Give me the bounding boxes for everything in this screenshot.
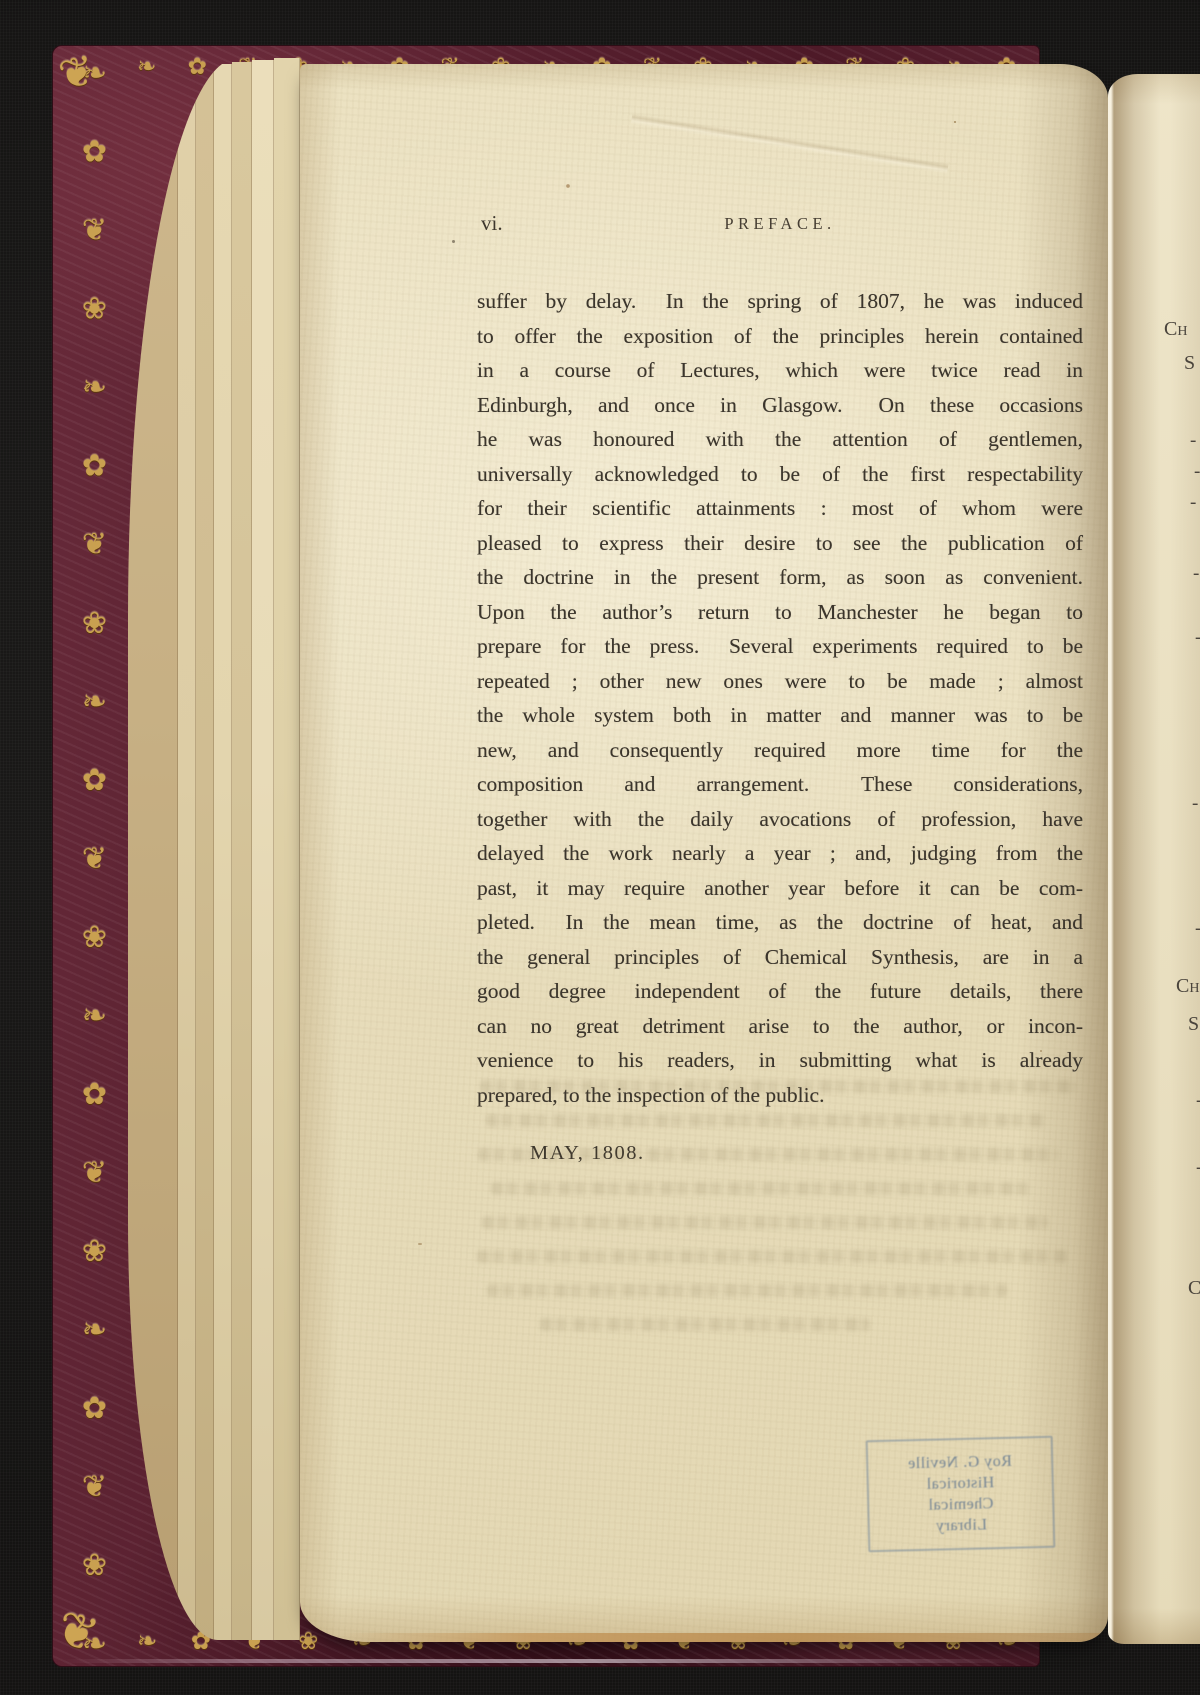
date-line: MAY, 1808.	[530, 1142, 645, 1165]
body-line: repeated ; other new ones were to be mad…	[477, 664, 1083, 699]
facing-page-text-fragment: S	[1188, 1013, 1199, 1036]
facing-page-text-fragment: -	[1190, 430, 1196, 452]
facing-page-text-fragment: Ch	[1176, 975, 1199, 998]
page-crease	[623, 64, 958, 226]
bleedthrough-smudge	[477, 1250, 1067, 1263]
body-line: can no great detriment arise to the auth…	[477, 1009, 1083, 1044]
body-line: for their scientific attainments : most …	[477, 491, 1083, 526]
body-line: Upon the author’s return to Manchester h…	[477, 595, 1083, 630]
gold-corner-flourish-icon	[54, 45, 99, 100]
facing-page-text-fragment: -	[1192, 793, 1198, 815]
body-line: composition and arrangement. These consi…	[477, 767, 1083, 802]
facing-page-text-fragment: -	[1195, 627, 1200, 649]
body-line: past, it may require another year before…	[477, 871, 1083, 906]
body-line: delayed the work nearly a year ; and, ju…	[477, 836, 1083, 871]
gold-corner-flourish-icon	[49, 1599, 105, 1665]
library-stamp-bleedthrough: Roy G. Neville Historical Chemical Libra…	[866, 1436, 1056, 1553]
bleedthrough-smudge	[540, 1318, 870, 1331]
body-line: suffer by delay. In the spring of 1807, …	[477, 284, 1083, 319]
body-line: universally acknowledged to be of the fi…	[477, 457, 1083, 492]
body-line: prepared, to the inspection of the publi…	[477, 1078, 1083, 1113]
body-line: new, and consequently required more time…	[477, 733, 1083, 768]
facing-page-text-fragment: -	[1190, 492, 1196, 514]
bleedthrough-smudge	[486, 1114, 1046, 1127]
page-edge-strip	[196, 67, 214, 1640]
preface-page: vi. PREFACE. suffer by delay. In the spr…	[300, 64, 1108, 1642]
body-line: the doctrine in the present form, as soo…	[477, 560, 1083, 595]
body-line: together with the daily avocations of pr…	[477, 802, 1083, 837]
body-line: to offer the exposition of the principle…	[477, 319, 1083, 354]
gold-tooling-left-border-icon	[58, 56, 126, 1654]
facing-page-text-fragment: -	[1196, 1157, 1200, 1179]
facing-page-text-fragment: Ch	[1164, 318, 1187, 341]
body-line: good degree independent of the future de…	[477, 974, 1083, 1009]
stamp-line: Chemical	[928, 1493, 994, 1516]
facing-page-text-fragment: -	[1193, 563, 1199, 585]
body-line: the whole system both in matter and mann…	[477, 698, 1083, 733]
body-line: the general principles of Chemical Synth…	[477, 940, 1083, 975]
bleedthrough-smudge	[482, 1216, 1048, 1229]
page-edge-strip	[214, 64, 232, 1640]
body-line: Edinburgh, and once in Glasgow. On these…	[477, 388, 1083, 423]
page-stack-fore-edges	[128, 58, 300, 1640]
stamp-line: Historical	[926, 1472, 995, 1495]
book-photo-canvas: { "page": { "page_number": "vi.", "runni…	[0, 0, 1200, 1695]
page-edge-strip	[252, 60, 274, 1640]
body-line: prepare for the press. Several experimen…	[477, 629, 1083, 664]
body-line: pleased to express their desire to see t…	[477, 526, 1083, 561]
bleedthrough-smudge	[491, 1182, 1031, 1195]
facing-page-text-fragment: Ch	[1188, 1277, 1200, 1300]
bleedthrough-smudge	[487, 1284, 1007, 1297]
body-line: pleted. In the mean time, as the doctrin…	[477, 905, 1083, 940]
page-number: vi.	[481, 211, 503, 236]
facing-page-text-fragment: -	[1196, 1090, 1200, 1112]
facing-page-edge: Ch S - - - - - - - Ch S - - Ch	[1108, 74, 1200, 1644]
ink-speck	[452, 240, 455, 243]
facing-page-text-fragment: -	[1195, 918, 1200, 940]
facing-page-text-fragment: S	[1184, 352, 1195, 375]
facing-page-text-fragment: -	[1194, 461, 1200, 483]
page-edge-strip	[178, 69, 196, 1640]
stamp-line: Library	[935, 1514, 987, 1536]
stamp-line: Roy G. Neville	[907, 1451, 1012, 1475]
body-line: in a course of Lectures, which were twic…	[477, 353, 1083, 388]
page-edge-strip	[232, 62, 252, 1640]
body-line: he was honoured with the attention of ge…	[477, 422, 1083, 457]
body-line: venience to his readers, in submitting w…	[477, 1043, 1083, 1078]
page-header: vi. PREFACE.	[477, 214, 1083, 244]
preface-body-text: suffer by delay. In the spring of 1807, …	[477, 284, 1083, 1112]
page-edge-strip	[274, 58, 300, 1640]
running-header: PREFACE.	[477, 214, 1083, 234]
